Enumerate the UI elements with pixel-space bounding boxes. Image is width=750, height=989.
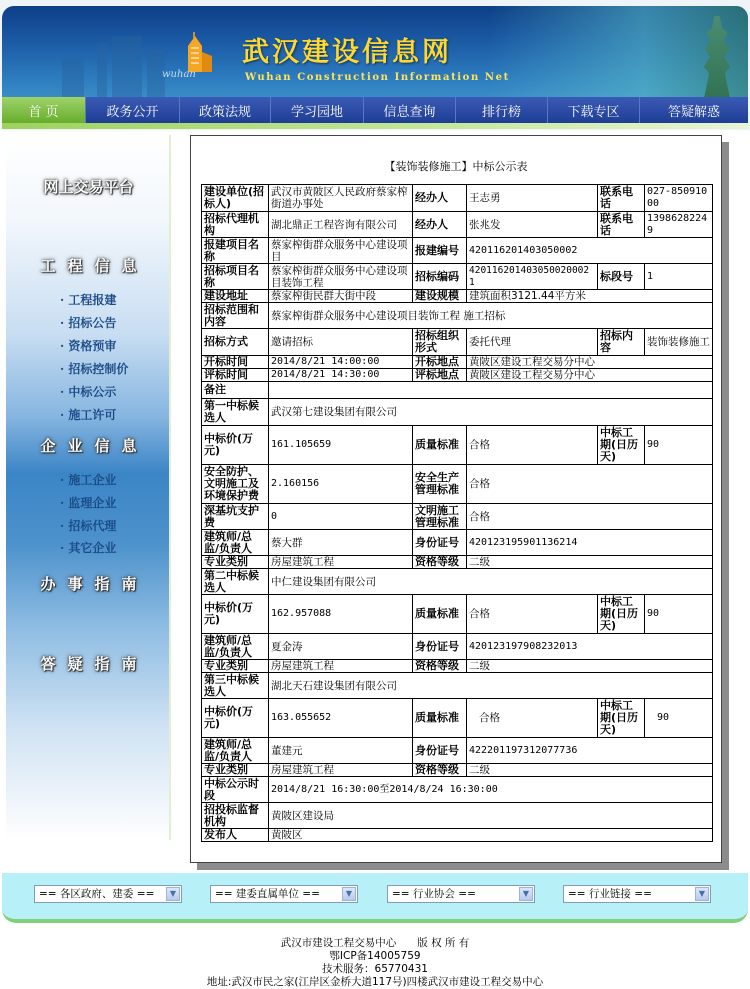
value-content: 装饰装修施工 bbox=[645, 329, 713, 356]
table-row: 中标价(万元) 163.055652 质量标准 合格 中标工期(日历天) 90 bbox=[202, 699, 713, 738]
table-row: 中标价(万元) 162.957088 质量标准 合格 中标工期(日历天) 90 bbox=[202, 595, 713, 634]
label-id-no: 身份证号 bbox=[413, 738, 467, 764]
label-grade: 资格等级 bbox=[413, 556, 467, 569]
label-category: 专业类别 bbox=[202, 764, 269, 777]
value-candidate-1-civil-std: 合格 bbox=[467, 504, 713, 530]
label-duration: 中标工期(日历天) bbox=[598, 426, 645, 465]
label-safety-fee: 安全防护、文明施工及环境保护费 bbox=[202, 465, 269, 504]
sidebar-online-platform[interactable]: 网上交易平台 bbox=[6, 176, 171, 197]
value-open-time: 2014/8/21 14:00:00 bbox=[269, 356, 413, 369]
table-row: 建筑师/总监/负责人 夏金涛 身份证号 420123197908232013 bbox=[202, 634, 713, 660]
label-phone: 联系电话 bbox=[598, 185, 645, 212]
label-open-place: 开标地点 bbox=[413, 356, 467, 369]
label-candidate-2: 第二中标候选人 bbox=[202, 569, 269, 595]
nav-policies[interactable]: 政策法规 bbox=[180, 97, 271, 123]
sidebar-link-control-price[interactable]: · 招标控制价 bbox=[60, 360, 128, 377]
header-banner: wuhan 武汉建设信息网 Wuhan Construction Informa… bbox=[2, 6, 748, 98]
label-handler: 经办人 bbox=[413, 212, 467, 238]
site-header: wuhan 武汉建设信息网 Wuhan Construction Informa… bbox=[0, 0, 750, 130]
chevron-down-icon[interactable]: ▼ bbox=[695, 887, 709, 901]
value-candidate-1-duration: 90 bbox=[645, 426, 713, 465]
label-quality: 质量标准 bbox=[413, 699, 467, 738]
value-agency-phone: 13986282249 bbox=[645, 212, 713, 238]
value-candidate-1-id-no: 420123195901136214 bbox=[467, 530, 713, 556]
table-row: 中标公示时段 2014/8/21 16:30:00至2014/8/24 16:3… bbox=[202, 777, 713, 803]
value-candidate-2-quality: 合格 bbox=[467, 595, 598, 634]
value-scope: 蔡家榨街群众服务中心建设项目装饰工程 施工招标 bbox=[269, 303, 713, 329]
value-candidate-2-manager: 夏金涛 bbox=[269, 634, 413, 660]
table-row: 招标方式 邀请招标 招标组织形式 委托代理 招标内容 装饰装修施工 bbox=[202, 329, 713, 356]
label-bid-no: 招标编码 bbox=[413, 264, 467, 290]
sidebar-link-construction-permit[interactable]: · 施工许可 bbox=[60, 406, 116, 423]
value-supervisor: 黄陂区建设局 bbox=[269, 803, 713, 829]
table-row: 安全防护、文明施工及环境保护费 2.160156 安全生产管理标准 合格 bbox=[202, 465, 713, 504]
chevron-down-icon[interactable]: ▼ bbox=[519, 887, 533, 901]
sidebar-link-award-notice[interactable]: · 中标公示 bbox=[60, 383, 116, 400]
label-safety-std: 安全生产管理标准 bbox=[413, 465, 467, 504]
label-remark: 备注 bbox=[202, 382, 269, 399]
icp-license: 鄂ICP备14005759 bbox=[0, 950, 750, 963]
site-title: 武汉建设信息网 bbox=[242, 30, 452, 69]
table-row: 第二中标候选人 中仁建设集团有限公司 bbox=[202, 569, 713, 595]
sidebar-project-info-heading[interactable]: 工程信息 bbox=[6, 255, 171, 276]
address: 地址:武汉市民之家(江岸区金桥大道117号)四楼武汉市建设工程交易中心 bbox=[0, 976, 750, 989]
label-scale: 建设规模 bbox=[413, 290, 467, 303]
notice-title: 【装饰装修施工】中标公示表 bbox=[191, 158, 721, 174]
label-handler: 经办人 bbox=[413, 185, 467, 212]
value-candidate-2-duration: 90 bbox=[645, 595, 713, 634]
table-row: 评标时间 2014/8/21 14:30:00 评标地点 黄陂区建设工程交易分中… bbox=[202, 369, 713, 382]
label-pit-fee: 深基坑支护费 bbox=[202, 504, 269, 530]
value-candidate-2-name: 中仁建设集团有限公司 bbox=[269, 569, 713, 595]
table-row: 建筑师/总监/负责人 董建元 身份证号 422201197312077736 bbox=[202, 738, 713, 764]
value-open-place: 黄陂区建设工程交易分中心 bbox=[467, 356, 713, 369]
value-publisher: 黄陂区 bbox=[269, 829, 713, 842]
value-candidate-1-manager: 蔡大群 bbox=[269, 530, 413, 556]
label-builder: 建设单位(招标人) bbox=[202, 185, 269, 212]
nav-info-query[interactable]: 信息查询 bbox=[364, 97, 456, 123]
label-quality: 质量标准 bbox=[413, 595, 467, 634]
value-candidate-1-safety-fee: 2.160156 bbox=[269, 465, 413, 504]
label-supervisor: 招投标监督机构 bbox=[202, 803, 269, 829]
skyline-decoration bbox=[112, 36, 142, 98]
value-section-no: 1 bbox=[645, 264, 713, 290]
value-method: 邀请招标 bbox=[269, 329, 413, 356]
table-row: 开标时间 2014/8/21 14:00:00 开标地点 黄陂区建设工程交易分中… bbox=[202, 356, 713, 369]
table-row: 备注 bbox=[202, 382, 713, 399]
value-candidate-1-name: 武汉第七建设集团有限公司 bbox=[269, 399, 713, 426]
site-subtitle: Wuhan Construction Information Net bbox=[245, 72, 510, 83]
label-manager: 建筑师/总监/负责人 bbox=[202, 634, 269, 660]
main-nav: 首 页 政务公开 政策法规 学习园地 信息查询 排行榜 下载专区 答疑解惑 bbox=[2, 97, 748, 123]
value-candidate-2-price: 162.957088 bbox=[269, 595, 413, 634]
building-logo-icon bbox=[180, 32, 214, 74]
sidebar-link-prequalification[interactable]: · 资格预审 bbox=[60, 337, 116, 354]
table-row: 第三中标候选人 湖北天石建设集团有限公司 bbox=[202, 673, 713, 699]
select-value: == 行业链接 == bbox=[568, 888, 652, 900]
select-value: == 建委直属单位 == bbox=[215, 888, 320, 900]
label-period: 中标公示时段 bbox=[202, 777, 269, 803]
sidebar-link-construction-companies[interactable]: · 施工企业 bbox=[60, 471, 116, 488]
nav-government-affairs[interactable]: 政务公开 bbox=[86, 97, 180, 123]
label-scope: 招标范围和内容 bbox=[202, 303, 269, 329]
logo-text: wuhan bbox=[162, 69, 196, 80]
value-candidate-1-grade: 二级 bbox=[467, 556, 713, 569]
label-section-no: 标段号 bbox=[598, 264, 645, 290]
notice-panel: 【装饰装修施工】中标公示表 建设单位(招标人) 武汉市黄陂区人民政府蔡家榨街道办… bbox=[190, 135, 722, 863]
value-candidate-1-quality: 合格 bbox=[467, 426, 598, 465]
sidebar-company-info-heading[interactable]: 企业信息 bbox=[6, 435, 171, 456]
table-row: 报建项目名称 蔡家榨街群众服务中心建设项目 报建编号 4201162014030… bbox=[202, 238, 713, 264]
value-scale: 建筑面积3121.44平方米 bbox=[467, 290, 713, 303]
value-candidate-1-price: 161.105659 bbox=[269, 426, 413, 465]
label-project-no: 报建编号 bbox=[413, 238, 467, 264]
value-eval-time: 2014/8/21 14:30:00 bbox=[269, 369, 413, 382]
label-grade: 资格等级 bbox=[413, 660, 467, 673]
sidebar-link-tender-notice[interactable]: · 招标公告 bbox=[60, 314, 116, 331]
value-remark bbox=[269, 382, 713, 399]
nav-downloads[interactable]: 下载专区 bbox=[548, 97, 640, 123]
value-project-no: 420116201403050002 bbox=[467, 238, 713, 264]
value-builder-handler: 王志勇 bbox=[467, 185, 598, 212]
label-eval-time: 评标时间 bbox=[202, 369, 269, 382]
footer-links-bar: == 各区政府、建委 == ▼ == 建委直属单位 == ▼ == 行业协会 =… bbox=[2, 873, 748, 923]
label-agency: 招标代理机构 bbox=[202, 212, 269, 238]
skyline-decoration bbox=[97, 43, 107, 98]
select-value: == 行业协会 == bbox=[392, 888, 476, 900]
nav-rankings[interactable]: 排行榜 bbox=[456, 97, 548, 123]
label-candidate-1: 第一中标候选人 bbox=[202, 399, 269, 426]
value-candidate-3-quality: 合格 bbox=[467, 699, 598, 738]
value-address: 蔡家榨街民群大街中段 bbox=[269, 290, 413, 303]
value-candidate-3-manager: 董建元 bbox=[269, 738, 413, 764]
value-candidate-2-category: 房屋建筑工程 bbox=[269, 660, 413, 673]
value-candidate-3-price: 163.055652 bbox=[269, 699, 413, 738]
select-value: == 各区政府、建委 == bbox=[39, 888, 154, 900]
label-duration: 中标工期(日历天) bbox=[598, 699, 645, 738]
table-row: 建设地址 蔡家榨街民群大街中段 建设规模 建筑面积3121.44平方米 bbox=[202, 290, 713, 303]
label-address: 建设地址 bbox=[202, 290, 269, 303]
label-civil-std: 文明施工管理标准 bbox=[413, 504, 467, 530]
value-candidate-2-grade: 二级 bbox=[467, 660, 713, 673]
copyright-owner: 武汉市建设工程交易中心 版 权 所 有 bbox=[0, 937, 750, 950]
label-category: 专业类别 bbox=[202, 556, 269, 569]
value-project-name: 蔡家榨街群众服务中心建设项目 bbox=[269, 238, 413, 264]
table-row: 招标范围和内容 蔡家榨街群众服务中心建设项目装饰工程 施工招标 bbox=[202, 303, 713, 329]
table-row: 建设单位(招标人) 武汉市黄陂区人民政府蔡家榨街道办事处 经办人 王志勇 联系电… bbox=[202, 185, 713, 212]
label-category: 专业类别 bbox=[202, 660, 269, 673]
label-duration: 中标工期(日历天) bbox=[598, 595, 645, 634]
value-agency: 湖北鼎正工程咨询有限公司 bbox=[269, 212, 413, 238]
value-candidate-3-id-no: 422201197312077736 bbox=[467, 738, 713, 764]
sidebar: 网上交易平台 工程信息 · 工程报建 · 招标公告 · 资格预审 · 招标控制价… bbox=[6, 135, 171, 840]
label-method: 招标方式 bbox=[202, 329, 269, 356]
industry-association-select[interactable]: == 行业协会 == ▼ bbox=[387, 885, 535, 903]
table-row: 建筑师/总监/负责人 蔡大群 身份证号 420123195901136214 bbox=[202, 530, 713, 556]
table-row: 专业类别 房屋建筑工程 资格等级 二级 bbox=[202, 660, 713, 673]
nav-home[interactable]: 首 页 bbox=[2, 97, 86, 123]
label-phone: 联系电话 bbox=[598, 212, 645, 238]
tech-support-phone: 技术服务：65770431 bbox=[0, 963, 750, 976]
label-bid-name: 招标项目名称 bbox=[202, 264, 269, 290]
sidebar-link-other-companies[interactable]: · 其它企业 bbox=[60, 539, 116, 556]
industry-links-select[interactable]: == 行业链接 == ▼ bbox=[563, 885, 711, 903]
table-row: 专业类别 房屋建筑工程 资格等级 二级 bbox=[202, 556, 713, 569]
value-eval-place: 黄陂区建设工程交易分中心 bbox=[467, 369, 713, 382]
value-candidate-3-grade: 二级 bbox=[467, 764, 713, 777]
value-candidate-1-safety-std: 合格 bbox=[467, 465, 713, 504]
sidebar-link-tender-agents[interactable]: · 招标代理 bbox=[60, 517, 116, 534]
label-content: 招标内容 bbox=[598, 329, 645, 356]
sidebar-qa-guide[interactable]: 答疑指南 bbox=[6, 653, 171, 674]
label-project-name: 报建项目名称 bbox=[202, 238, 269, 264]
award-notice-table: 建设单位(招标人) 武汉市黄陂区人民政府蔡家榨街道办事处 经办人 王志勇 联系电… bbox=[201, 184, 713, 842]
label-price: 中标价(万元) bbox=[202, 426, 269, 465]
copyright-footer: 武汉市建设工程交易中心 版 权 所 有 鄂ICP备14005759 技术服务：6… bbox=[0, 937, 750, 989]
label-manager: 建筑师/总监/负责人 bbox=[202, 530, 269, 556]
label-grade: 资格等级 bbox=[413, 764, 467, 777]
table-row: 中标价(万元) 161.105659 质量标准 合格 中标工期(日历天) 90 bbox=[202, 426, 713, 465]
value-bid-no: 420116201403050020002 1 bbox=[467, 264, 598, 290]
table-row: 深基坑支护费 0 文明施工管理标准 合格 bbox=[202, 504, 713, 530]
table-row: 发布人 黄陂区 bbox=[202, 829, 713, 842]
label-open-time: 开标时间 bbox=[202, 356, 269, 369]
sidebar-link-supervision-companies[interactable]: · 监理企业 bbox=[60, 494, 116, 511]
table-row: 招标项目名称 蔡家榨街群众服务中心建设项目装饰工程 招标编码 420116201… bbox=[202, 264, 713, 290]
label-id-no: 身份证号 bbox=[413, 530, 467, 556]
value-org-form: 委托代理 bbox=[467, 329, 598, 356]
label-manager: 建筑师/总监/负责人 bbox=[202, 738, 269, 764]
sidebar-office-guide[interactable]: 办事指南 bbox=[6, 573, 171, 594]
nav-learning[interactable]: 学习园地 bbox=[271, 97, 364, 123]
table-row: 招投标监督机构 黄陂区建设局 bbox=[202, 803, 713, 829]
value-period: 2014/8/21 16:30:00至2014/8/24 16:30:00 bbox=[269, 777, 713, 803]
value-candidate-3-category: 房屋建筑工程 bbox=[269, 764, 413, 777]
value-bid-name: 蔡家榨街群众服务中心建设项目装饰工程 bbox=[269, 264, 413, 290]
label-org-form: 招标组织形式 bbox=[413, 329, 467, 356]
table-row: 招标代理机构 湖北鼎正工程咨询有限公司 经办人 张兆发 联系电话 1398628… bbox=[202, 212, 713, 238]
value-candidate-1-pit-fee: 0 bbox=[269, 504, 413, 530]
label-eval-place: 评标地点 bbox=[413, 369, 467, 382]
value-candidate-3-duration: 90 bbox=[645, 699, 713, 738]
label-quality: 质量标准 bbox=[413, 426, 467, 465]
value-agency-handler: 张兆发 bbox=[467, 212, 598, 238]
value-candidate-1-category: 房屋建筑工程 bbox=[269, 556, 413, 569]
sidebar-link-project-registration[interactable]: · 工程报建 bbox=[60, 291, 116, 308]
value-builder-phone: 027-85091000 bbox=[645, 185, 713, 212]
nav-underline bbox=[2, 123, 748, 129]
label-price: 中标价(万元) bbox=[202, 595, 269, 634]
value-builder: 武汉市黄陂区人民政府蔡家榨街道办事处 bbox=[269, 185, 413, 212]
chevron-down-icon[interactable]: ▼ bbox=[342, 887, 356, 901]
value-candidate-2-id-no: 420123197908232013 bbox=[467, 634, 713, 660]
table-row: 第一中标候选人 武汉第七建设集团有限公司 bbox=[202, 399, 713, 426]
nav-qa[interactable]: 答疑解惑 bbox=[640, 97, 748, 123]
chevron-down-icon[interactable]: ▼ bbox=[166, 887, 180, 901]
label-id-no: 身份证号 bbox=[413, 634, 467, 660]
label-price: 中标价(万元) bbox=[202, 699, 269, 738]
district-government-select[interactable]: == 各区政府、建委 == ▼ bbox=[34, 885, 182, 903]
skyline-decoration bbox=[62, 58, 84, 98]
value-candidate-3-name: 湖北天石建设集团有限公司 bbox=[269, 673, 713, 699]
affiliated-units-select[interactable]: == 建委直属单位 == ▼ bbox=[210, 885, 358, 903]
table-row: 专业类别 房屋建筑工程 资格等级 二级 bbox=[202, 764, 713, 777]
label-candidate-3: 第三中标候选人 bbox=[202, 673, 269, 699]
label-publisher: 发布人 bbox=[202, 829, 269, 842]
